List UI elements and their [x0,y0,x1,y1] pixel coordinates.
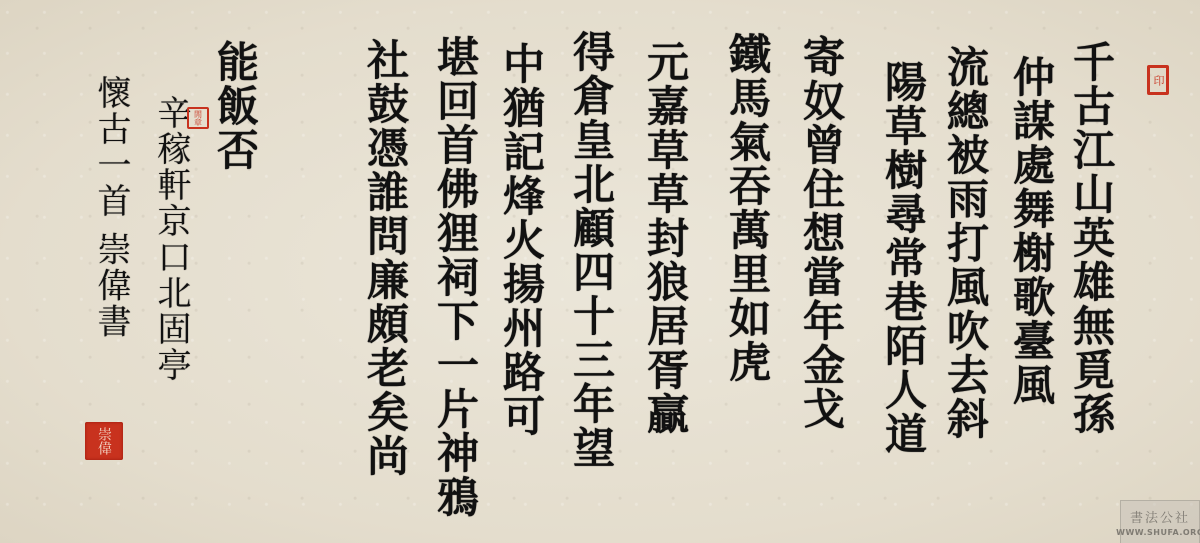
watermark-url: WWW.SHUFA.ORG [1116,528,1200,537]
calligraphy-paper: 印 千古江山英雄無覓孫 仲謀處舞榭歌臺風 流總被雨打風吹去斜 陽草樹尋常巷陌人道… [0,0,1200,543]
poem-column-3: 流總被雨打風吹去斜 [942,45,988,441]
inscription-column-2: 懷古一首 崇偉書 [92,75,130,340]
poem-column-4: 陽草樹尋常巷陌人道 [880,60,926,456]
signature-seal: 崇偉 [85,422,123,460]
leading-seal: 印 [1147,65,1169,95]
inscription-column-1: 辛稼軒京口北固亭 [152,95,190,383]
poem-column-7: 元嘉草草封狼居胥贏 [642,40,688,436]
poem-column-2: 仲謀處舞榭歌臺風 [1008,55,1054,407]
poem-column-9: 中猶記烽火揚州路可 [498,42,544,438]
poem-column-12: 能飯否 [212,40,258,172]
inscription-seal: 閒章 [187,107,209,129]
poem-column-6: 鐵馬氣吞萬里如虎 [724,32,770,384]
site-watermark: 書法公社 WWW.SHUFA.ORG [1120,500,1200,543]
poem-column-10: 堪回首佛狸祠下一片神鴉 [432,35,478,519]
poem-column-11: 社鼓憑誰問廉頗老矣尚 [362,38,408,478]
poem-column-5: 寄奴曾住想當年金戈 [798,35,844,431]
poem-column-8: 得倉皇北顧四十三年望 [568,30,614,470]
poem-column-1: 千古江山英雄無覓孫 [1068,40,1114,436]
watermark-chinese: 書法公社 [1130,507,1190,526]
